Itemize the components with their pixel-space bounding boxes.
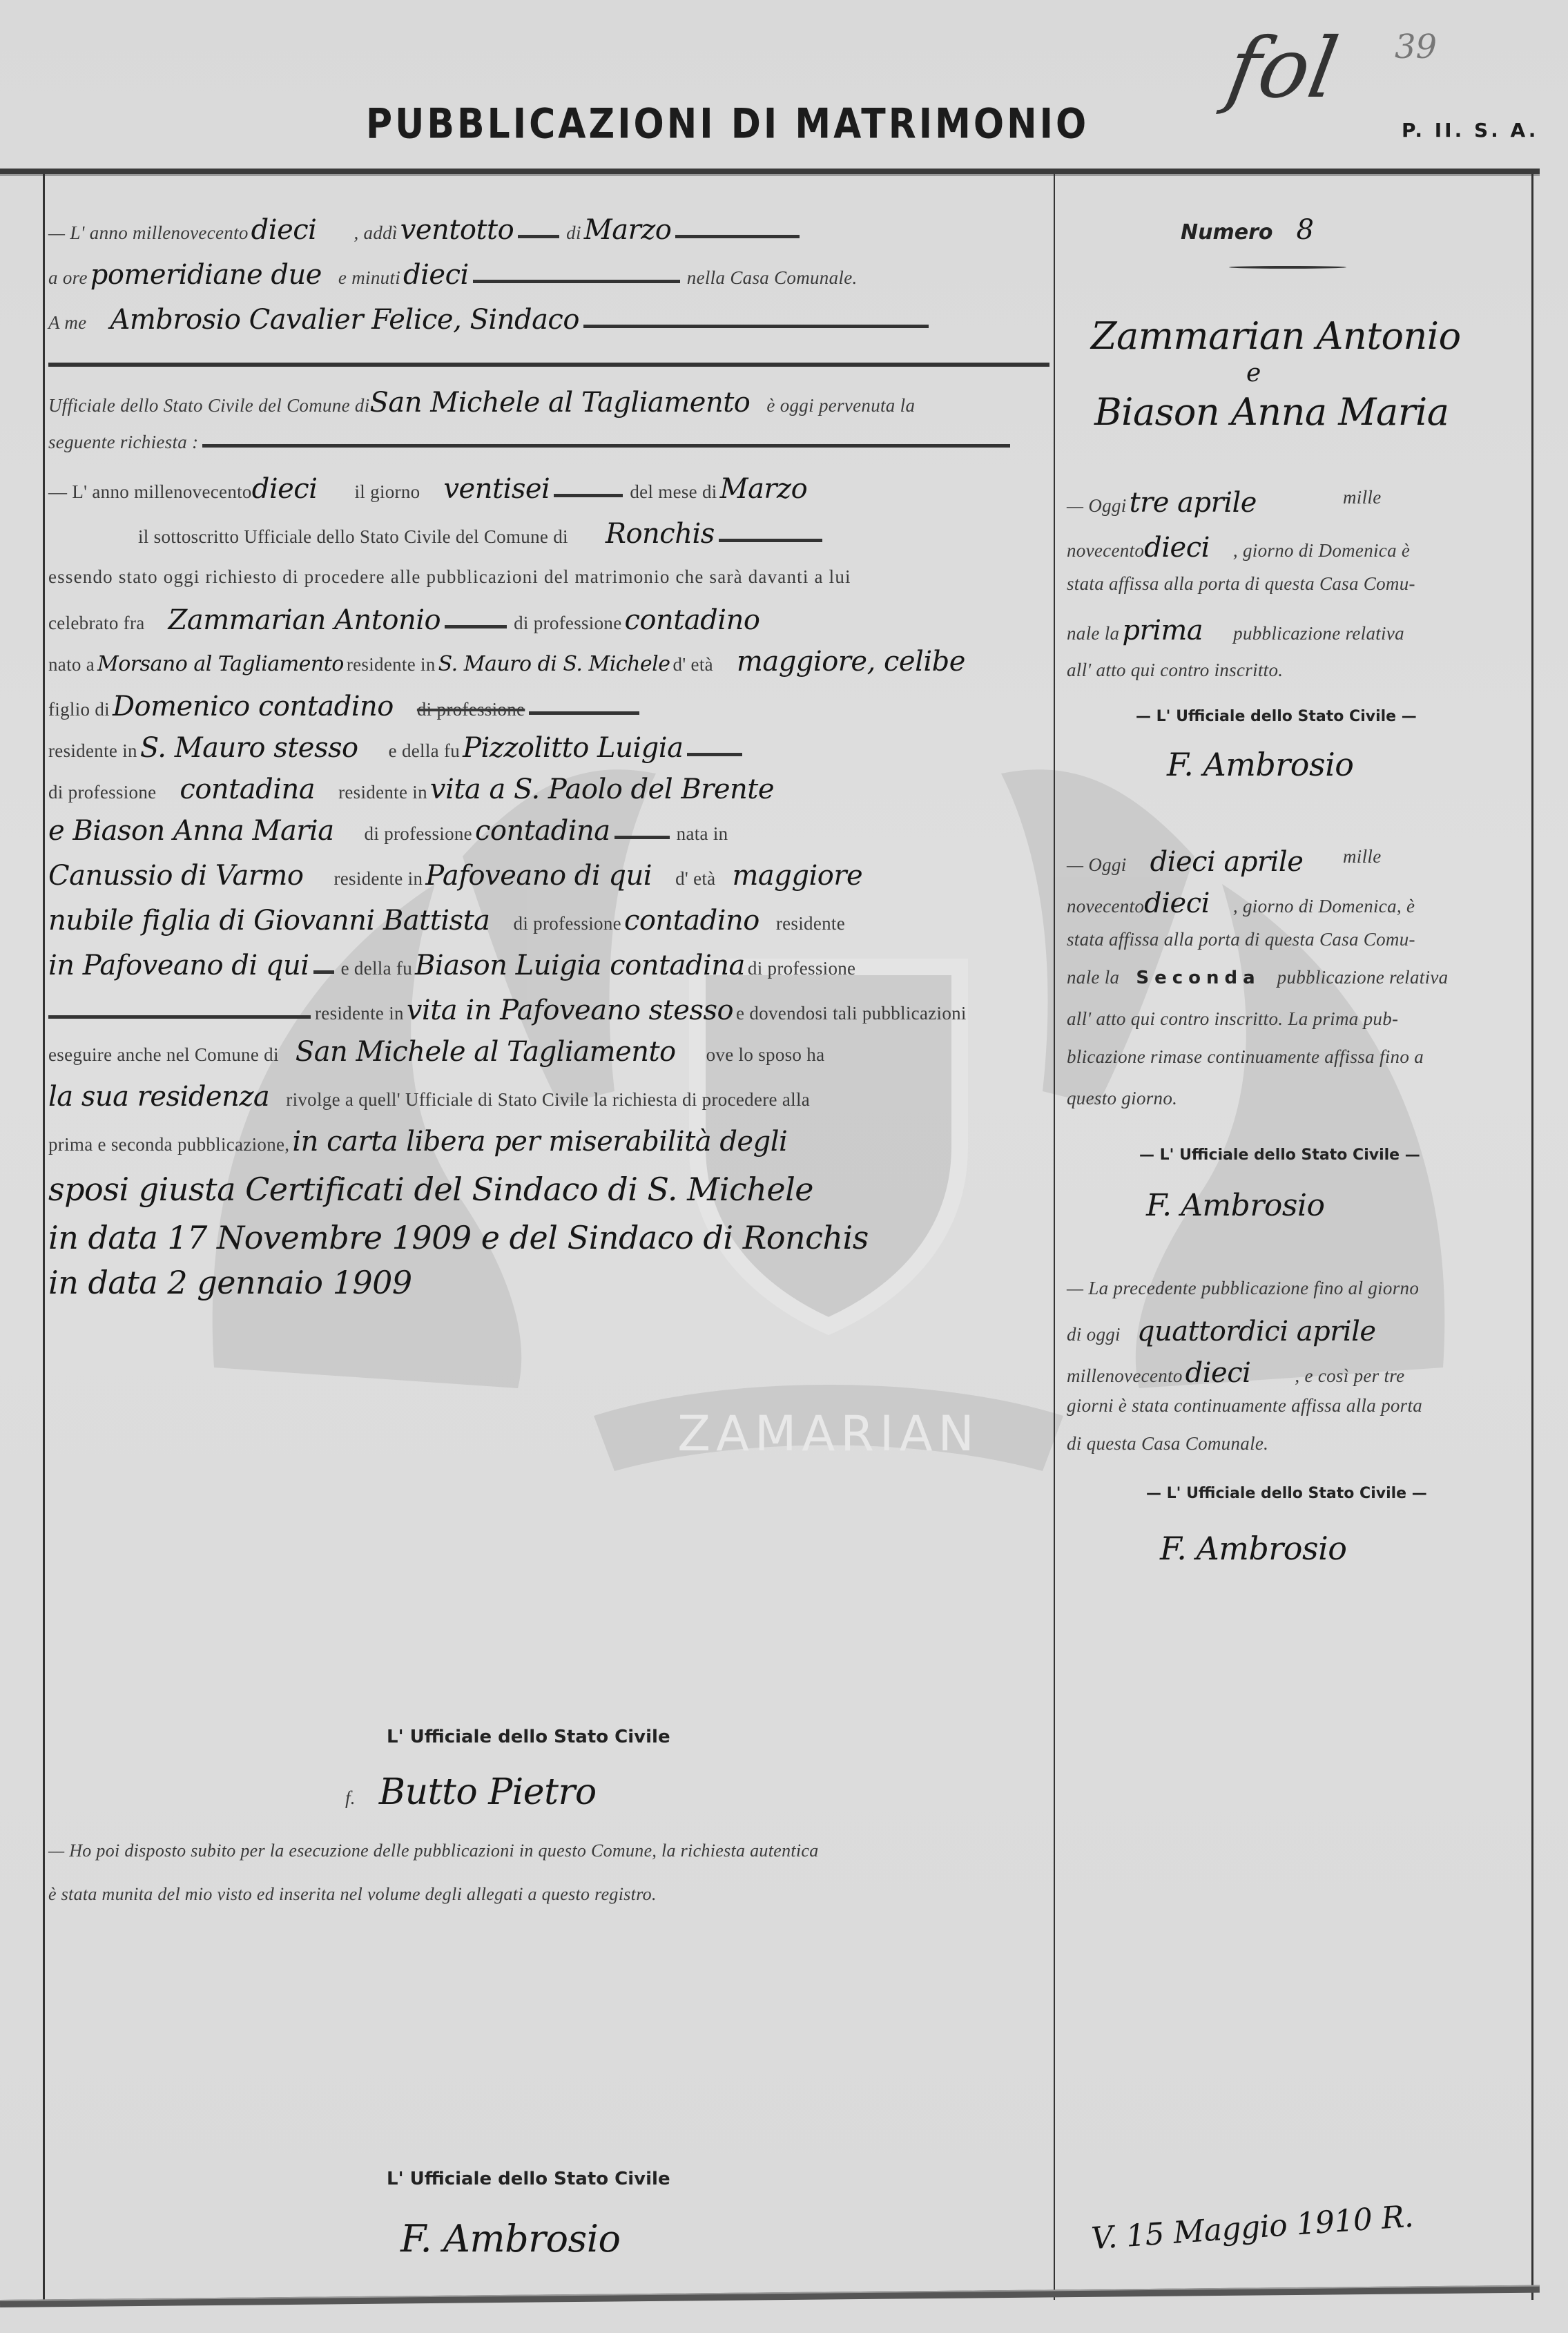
bride-father-line: nubile figlia di Giovanni Battista di pr…	[48, 905, 845, 937]
groom-father-line: figlio di Domenico contadino di professi…	[48, 691, 643, 722]
procedure-line: essendo stato oggi richiesto di proceder…	[48, 566, 851, 588]
annotation-line-2: in data 17 Novembre 1909 e del Sindaco d…	[48, 1219, 869, 1256]
bride-mother-line: in Pafoveano di qui e della fu Biason Lu…	[48, 950, 855, 981]
final-officer-label: L' Ufficiale dello Stato Civile	[387, 2169, 670, 2189]
groom-mother-line: residente in S. Mauro stesso e della fu …	[48, 732, 746, 764]
final-note-line-5: di questa Casa Comunale.	[1067, 1433, 1268, 1454]
closing-line-1: — Ho poi disposto subito per la esecuzio…	[48, 1841, 819, 1861]
bride-name: Biason Anna Maria	[1094, 390, 1449, 434]
record-official-line: A me Ambrosio Cavalier Felice, Sindaco	[48, 304, 933, 336]
bride-birth-line: Canussio di Varmo residente in Pafoveano…	[48, 860, 862, 892]
annotation-line-1: sposi giusta Certificati del Sindaco di …	[48, 1171, 813, 1208]
series-mark: P. II. S. A.	[1402, 119, 1538, 142]
request-date-line: — L' anno millenovecentodieci il giorno …	[48, 473, 807, 505]
bride-line: e Biason Anna Maria di professione conta…	[48, 815, 728, 847]
second-pub-line-6: blicazione rimase continuamente affissa …	[1067, 1046, 1424, 1068]
first-pub-line-4: nale la prima pubblicazione relativa	[1067, 615, 1404, 646]
groom-name: Zammarian Antonio	[1091, 314, 1461, 358]
closing-line-2: è stata munita del mio visto ed inserita…	[48, 1884, 657, 1905]
annotation-line-3: in data 2 gennaio 1909	[48, 1264, 412, 1301]
final-note-officer: — L' Ufficiale dello Stato Civile —	[1146, 1485, 1427, 1502]
page-number: 39	[1395, 28, 1437, 66]
right-border	[1531, 174, 1533, 2300]
bottom-rule	[0, 2285, 1540, 2307]
visa-note: V. 15 Maggio 1910 R.	[1090, 2199, 1415, 2256]
top-rule	[0, 169, 1540, 176]
second-pub-line-7: questo giorno.	[1067, 1088, 1177, 1109]
second-pub-signature: F. Ambrosio	[1146, 1188, 1324, 1223]
final-note-line-3: millenovecento dieci , e così per tre	[1067, 1357, 1404, 1389]
left-border	[43, 174, 45, 2300]
groom-line: celebrato fra Zammarian Antonio di profe…	[48, 604, 759, 636]
final-note-line-2: di oggi quattordici aprile	[1067, 1316, 1376, 1347]
groom-birth-line: nato a Morsano al Tagliamento residente …	[48, 646, 965, 678]
final-note-signature: F. Ambrosio	[1160, 1530, 1346, 1567]
officer-signature: Butto Pietro	[379, 1772, 597, 1813]
final-note-line-1: — La precedente pubblicazione fino al gi…	[1067, 1278, 1419, 1299]
record-date-line: — L' anno millenovecento dieci , addì ve…	[48, 214, 804, 246]
groom-mother-prof-line: di professione contadina residente in vi…	[48, 774, 774, 805]
first-pub-line-2: novecentodieci , giorno di Domenica è	[1067, 532, 1410, 564]
bride-mother-residence-line: residente in vita in Pafoveano stesso e …	[48, 995, 967, 1026]
comune-line: Ufficiale dello Stato Civile del Comune …	[48, 387, 915, 419]
conjunction: e	[1246, 359, 1261, 387]
document-title: PUBBLICAZIONI DI MATRIMONIO	[366, 101, 1160, 148]
svg-text:ZAMARIAN: ZAMARIAN	[677, 1405, 980, 1462]
second-pub-line-1: — Oggi dieci aprile mille	[1067, 846, 1303, 878]
column-divider	[1054, 174, 1055, 2300]
first-pub-line-3: stata affissa alla porta di questa Casa …	[1067, 573, 1415, 595]
document-page: ZAMARIAN 39 fol PUBBLICAZIONI DI MATRIMO…	[0, 0, 1568, 2333]
first-pub-signature: F. Ambrosio	[1167, 746, 1353, 783]
record-time-line: a ore pomeridiane due e minuti dieci nel…	[48, 259, 858, 291]
second-pub-line-3: stata affissa alla porta di questa Casa …	[1067, 929, 1415, 950]
request-line: seguente richiesta :	[48, 432, 1014, 453]
numero-line: Numero 8	[1181, 214, 1313, 246]
second-pub-line-4: nale la Seconda pubblicazione relativa	[1067, 967, 1448, 988]
first-pub-line-5: all' atto qui contro inscritto.	[1067, 660, 1283, 681]
first-pub-line-1: — Oggi tre aprile mille	[1067, 487, 1257, 519]
undersigned-line: il sottoscritto Ufficiale dello Stato Ci…	[138, 518, 826, 550]
final-note-line-4: giorni è stata continuamente affissa all…	[1067, 1395, 1422, 1417]
first-pub-officer: — L' Ufficiale dello Stato Civile —	[1136, 708, 1417, 725]
final-signature: F. Ambrosio	[400, 2217, 620, 2260]
folio-mark: fol	[1221, 21, 1345, 117]
publication-line: prima e seconda pubblicazione, in carta …	[48, 1126, 787, 1158]
officer-signature-block: f. Butto Pietro	[345, 1772, 597, 1813]
ornament	[1229, 266, 1346, 269]
residence-line: la sua residenza rivolge a quell' Uffici…	[48, 1081, 810, 1113]
officer-label: L' Ufficiale dello Stato Civile	[387, 1727, 670, 1747]
separator	[48, 363, 1049, 367]
other-comune-line: eseguire anche nel Comune di San Michele…	[48, 1036, 824, 1068]
second-pub-line-2: novecentodieci , giorno di Domenica, è	[1067, 887, 1415, 919]
second-pub-officer: — L' Ufficiale dello Stato Civile —	[1139, 1146, 1420, 1164]
second-pub-line-5: all' atto qui contro inscritto. La prima…	[1067, 1008, 1398, 1030]
